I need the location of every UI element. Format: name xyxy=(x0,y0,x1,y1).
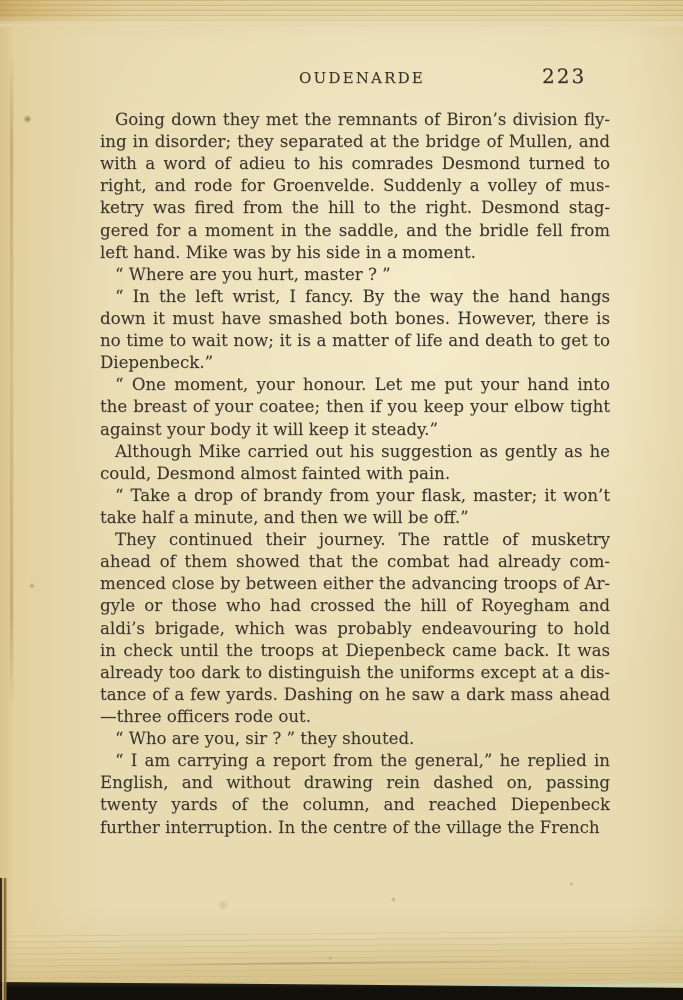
page-text: Going down they met the remnants of Biro… xyxy=(100,109,610,839)
text-line: in check until the troops at Diepenbeck … xyxy=(100,640,610,662)
ink-spot xyxy=(29,583,35,589)
text-line: gered for a moment in the saddle, and th… xyxy=(100,220,610,242)
page-top-edge xyxy=(0,0,683,26)
text-line: “ Who are you, sir ? ” they shouted. xyxy=(100,728,610,750)
text-line: ahead of them showed that the combat had… xyxy=(100,551,610,573)
text-line: “ Take a drop of brandy from your flask,… xyxy=(100,485,610,507)
page-bottom-edge xyxy=(0,930,683,990)
text-line: English, and without drawing rein dashed… xyxy=(100,772,610,794)
page-number: 223 xyxy=(542,64,586,88)
ink-spot xyxy=(216,900,230,910)
text-line: twenty yards of the column, and reached … xyxy=(100,794,610,816)
text-line: tance of a few yards. Dashing on he saw … xyxy=(100,684,610,706)
text-line: “ One moment, your honour. Let me put yo… xyxy=(100,374,610,396)
ink-spot xyxy=(23,115,32,123)
text-line: gyle or those who had crossed the hill o… xyxy=(100,595,610,617)
text-line: ketry was fired from the hill to the rig… xyxy=(100,197,610,219)
text-line: menced close by between either the advan… xyxy=(100,573,610,595)
text-line: Going down they met the remnants of Biro… xyxy=(100,109,610,131)
left-page-edge xyxy=(0,878,9,1000)
text-line: the breast of your coatee; then if you k… xyxy=(100,396,610,418)
text-line: right, and rode for Groenvelde. Suddenly… xyxy=(100,175,610,197)
text-line: down it must have smashed both bones. Ho… xyxy=(100,308,610,330)
text-line: already too dark to distinguish the unif… xyxy=(100,662,610,684)
book-page-scan: OUDENARDE 223 Going down they met the re… xyxy=(0,0,683,1000)
text-line: could, Desmond almost fainted with pain. xyxy=(100,463,610,485)
text-line: They continued their journey. The rattle… xyxy=(100,529,610,551)
text-line: with a word of adieu to his comrades Des… xyxy=(100,153,610,175)
text-line: —three officers rode out. xyxy=(100,706,610,728)
text-line: Although Mike carried out his suggestion… xyxy=(100,441,610,463)
text-line: aldi’s brigade, which was probably endea… xyxy=(100,618,610,640)
text-line: no time to wait now; it is a matter of l… xyxy=(100,330,610,352)
text-line: “ Where are you hurt, master ? ” xyxy=(100,264,610,286)
text-line: take half a minute, and then we will be … xyxy=(100,507,610,529)
text-line: “ In the left wrist, I fancy. By the way… xyxy=(100,286,610,308)
ink-spot xyxy=(569,882,574,886)
ink-spot xyxy=(391,897,396,902)
text-line: ing in disorder; they separated at the b… xyxy=(100,131,610,153)
page-crease xyxy=(10,55,13,705)
text-line: Diepenbeck.” xyxy=(100,352,610,374)
text-line: against your body it will keep it steady… xyxy=(100,419,610,441)
text-line: left hand. Mike was by his side in a mom… xyxy=(100,242,610,264)
text-line: “ I am carrying a report from the genera… xyxy=(100,750,610,772)
text-line: further interruption. In the centre of t… xyxy=(100,817,610,839)
running-title: OUDENARDE xyxy=(299,69,425,87)
